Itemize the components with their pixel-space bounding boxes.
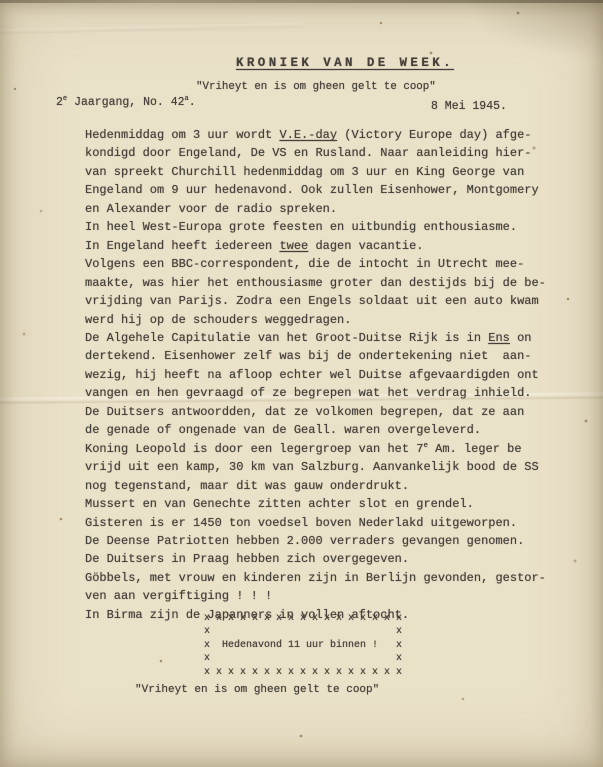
underlined-text: twee (279, 239, 308, 253)
body-line: De Duitsers antwoordden, dat ze volkomen… (85, 403, 575, 421)
body-line: dertekend. Eisenhower zelf was bij de on… (85, 347, 575, 365)
body-line: Hedenmiddag om 3 uur wordt V.E.-day (Vic… (85, 126, 575, 144)
text-segment: Jaargang, No. 42 (67, 96, 184, 109)
text-segment: en Alexander voor de radio spreken. (85, 202, 337, 216)
body-line: Volgens een BBC-correspondent, die de in… (85, 255, 575, 273)
date-line: 8 Mei 1945. (431, 100, 507, 113)
body-line: In Engeland heeft iedereen twee dagen va… (85, 237, 575, 255)
text-segment: on (510, 331, 532, 345)
text-segment: In heel West-Europa grote feesten en uit… (85, 220, 517, 234)
text-segment: vrijd uit een kamp, 30 km van Salzburg. … (85, 460, 539, 474)
text-segment: van spreekt Churchill hedenmiddag om 3 u… (85, 165, 524, 179)
underlined-text: V.E.-day (279, 128, 337, 142)
body-line: nog tegenstand, maar dit was gauw onderd… (85, 477, 575, 495)
text-segment: Engeland om 9 uur hedenavond. Ook zullen… (85, 183, 539, 197)
body-line: Engeland om 9 uur hedenavond. Ook zullen… (85, 181, 575, 199)
body-text: Hedenmiddag om 3 uur wordt V.E.-day (Vic… (85, 126, 575, 624)
text-segment: werd hij op de schouders weggedragen. (85, 313, 351, 327)
body-line: In heel West-Europa grote feesten en uit… (85, 218, 575, 236)
text-segment: wezig, hij heeft na afloop echter wel Du… (85, 368, 539, 382)
fold-crease-top (0, 23, 303, 35)
corner-shadow (463, 0, 603, 60)
body-line: kondigd door Engeland, De VS en Rusland.… (85, 144, 575, 162)
text-segment: Göbbels, met vrouw en kinderen zijn in B… (85, 571, 546, 585)
document-photo: KRONIEK VAN DE WEEK. "Vriheyt en is om g… (0, 0, 603, 767)
body-line: de genade of ongenade van de Geall. ware… (85, 421, 575, 439)
body-line: maakte, was hier het enthousiasme groter… (85, 274, 575, 292)
text-segment: ven aan vergiftiging ! ! ! (85, 589, 272, 603)
text-segment: dertekend. Eisenhower zelf was bij de on… (85, 349, 531, 363)
text-segment: 2 (56, 96, 63, 109)
text-segment: De Duitsers in Praag hebben zich overgeg… (85, 552, 409, 566)
text-segment: Gisteren is er 1450 ton voedsel boven Ne… (85, 516, 517, 530)
text-segment: Koning Leopold is door een legergroep va… (85, 442, 423, 456)
text-segment: de genade of ongenade van de Geall. ware… (85, 423, 481, 437)
body-line: Göbbels, met vrouw en kinderen zijn in B… (85, 569, 575, 587)
text-segment: Mussert en van Genechte zitten achter sl… (85, 497, 474, 511)
issue-line: 2e Jaargang, No. 42a. (56, 96, 196, 109)
text-segment: . (189, 96, 196, 109)
body-line: vrijd uit een kamp, 30 km van Salzburg. … (85, 458, 575, 476)
body-line: wezig, hij heeft na afloop echter wel Du… (85, 366, 575, 384)
body-line: vangen en hen gevraagd of ze begrepen wa… (85, 384, 575, 402)
text-segment: kondigd door Engeland, De VS en Rusland.… (85, 146, 531, 160)
text-segment: maakte, was hier het enthousiasme groter… (85, 276, 546, 290)
footer-motto: "Vriheyt en is om gheen gelt te coop" (135, 684, 379, 696)
body-line: van spreekt Churchill hedenmiddag om 3 u… (85, 163, 575, 181)
body-line: De Duitsers in Praag hebben zich overgeg… (85, 550, 575, 568)
body-line: vrijding van Parijs. Zodra een Engels so… (85, 292, 575, 310)
body-line: De Algehele Capitulatie van het Groot-Du… (85, 329, 575, 347)
text-segment: In Engeland heeft iedereen (85, 239, 279, 253)
text-segment: De Algehele Capitulatie van het Groot-Du… (85, 331, 488, 345)
body-line: werd hij op de schouders weggedragen. (85, 311, 575, 329)
text-segment: (Victory Europe day) afge- (337, 128, 531, 142)
underlined-text: Ens (488, 331, 510, 345)
text-segment: Am. leger be (428, 442, 522, 456)
body-line: Gisteren is er 1450 ton voedsel boven Ne… (85, 514, 575, 532)
text-segment: vrijding van Parijs. Zodra een Engels so… (85, 294, 539, 308)
text-segment: De Duitsers antwoordden, dat ze volkomen… (85, 405, 524, 419)
body-line: en Alexander voor de radio spreken. (85, 200, 575, 218)
body-line: De Deense Patriotten hebben 2.000 verrad… (85, 532, 575, 550)
notice-box: x x x x x x x x x x x x x x x x x x x x … (204, 612, 402, 679)
body-line: ven aan vergiftiging ! ! ! (85, 587, 575, 605)
body-line: Mussert en van Genechte zitten achter sl… (85, 495, 575, 513)
text-segment: Volgens een BBC-correspondent, die de in… (85, 257, 524, 271)
body-line: Koning Leopold is door een legergroep va… (85, 440, 575, 458)
text-segment: De Deense Patriotten hebben 2.000 verrad… (85, 534, 524, 548)
text-segment: nog tegenstand, maar dit was gauw onderd… (85, 479, 409, 493)
text-segment: Hedenmiddag om 3 uur wordt (85, 128, 279, 142)
header-motto: "Vriheyt en is om gheen gelt te coop" (196, 81, 436, 93)
document-title: KRONIEK VAN DE WEEK. (236, 56, 454, 70)
text-segment: vangen en hen gevraagd of ze begrepen wa… (85, 386, 531, 400)
text-segment: dagen vacantie. (308, 239, 423, 253)
